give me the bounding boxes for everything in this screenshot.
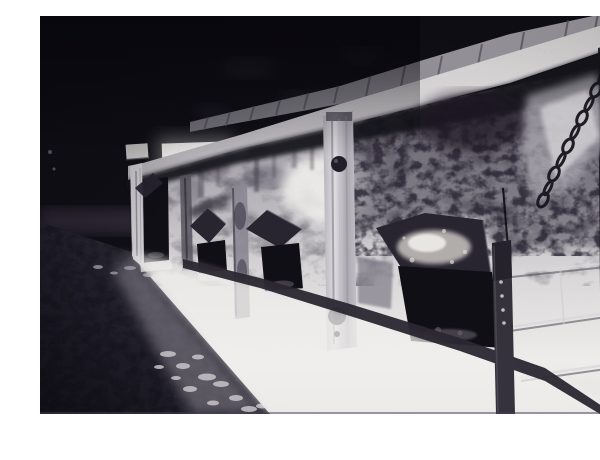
photo-frame [40,16,600,444]
photo-image [40,16,600,414]
photo-border-edge [40,412,600,414]
vignette [40,16,600,414]
photo-border [40,414,600,444]
